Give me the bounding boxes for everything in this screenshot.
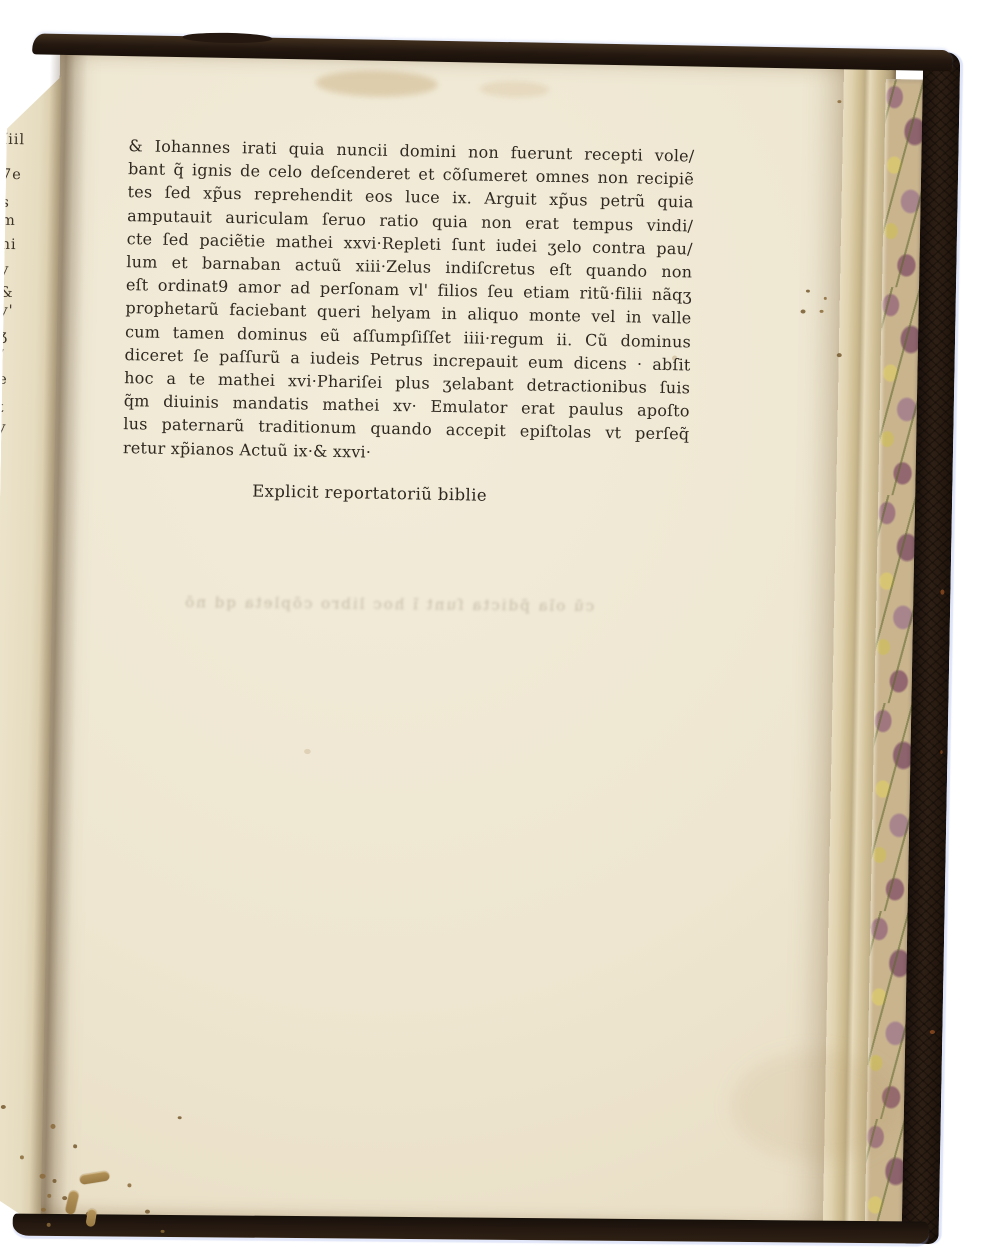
clipped-text-fragment: y — [0, 262, 26, 278]
speck — [40, 1174, 46, 1179]
explicit-line: Explicit reportatoriũ biblie — [252, 481, 487, 504]
speck — [1, 1105, 6, 1109]
speck — [178, 1116, 182, 1119]
clipped-text-fragment: e — [0, 372, 24, 388]
speck — [20, 1155, 24, 1159]
clipped-text-fragment: / — [0, 348, 25, 364]
speck — [161, 1230, 165, 1233]
clipped-text-fragment: & — [0, 285, 26, 301]
ink-offset-ghost: cū oīa p̃dicta ſunt ī hoc libro cōpleta … — [202, 593, 594, 615]
speck — [73, 1144, 77, 1148]
stain — [315, 70, 437, 98]
book-page: & Iohannes irati quia nuncii domini non … — [39, 47, 844, 1231]
speck — [801, 309, 806, 313]
stain — [479, 81, 549, 98]
speck — [145, 1210, 150, 1214]
book: & Iohannes irati quia nuncii domini non … — [0, 21, 961, 1254]
speck — [806, 290, 810, 293]
text-block: & Iohannes irati quia nuncii domini non … — [123, 134, 695, 469]
clipped-text-fragment: s — [1, 195, 27, 211]
clipped-text-fragment: 7e — [2, 167, 28, 183]
speck — [837, 100, 841, 103]
speck — [127, 1183, 131, 1187]
speck — [52, 1179, 56, 1183]
speck — [47, 1194, 51, 1198]
speck — [824, 297, 827, 300]
speck — [41, 1208, 46, 1212]
clipped-text-fragment: ni — [0, 237, 26, 253]
speck — [47, 1223, 51, 1227]
speck — [837, 353, 842, 357]
clipped-text-fragment: ʒ — [0, 328, 25, 344]
speck — [50, 1124, 55, 1129]
clipped-text-fragment: y' — [0, 303, 26, 319]
photo-background: & Iohannes irati quia nuncii domini non … — [0, 0, 991, 1260]
speck — [820, 310, 824, 313]
clipped-text-fragment: m — [1, 213, 27, 229]
clipped-text-fragment: ĩiil — [2, 132, 28, 148]
clipped-text-fragment: t — [0, 400, 24, 416]
clipped-text-fragment: y — [0, 420, 23, 436]
